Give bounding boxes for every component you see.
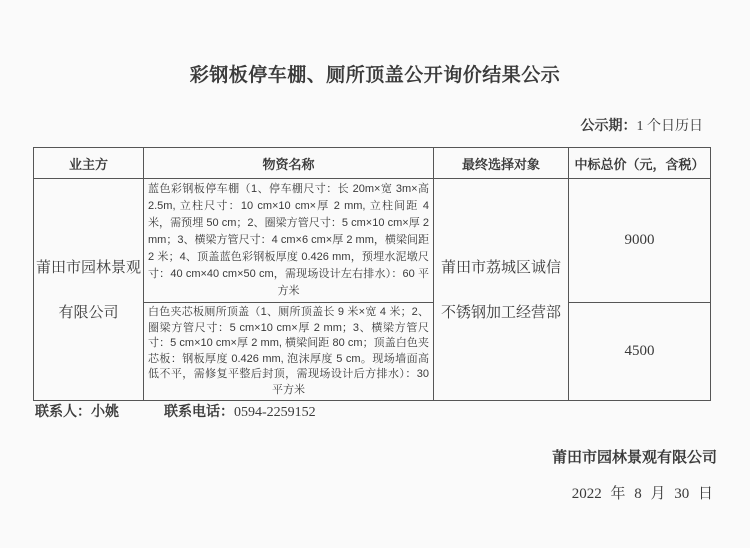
item-cell-parking-shed: 蓝色彩钢板停车棚（1、停车棚尺寸：长 20m×宽 3m×高 2.5m, 立柱尺寸… bbox=[144, 179, 434, 303]
header-winning-price: 中标总价（元，含税） bbox=[569, 148, 711, 179]
header-owner: 业主方 bbox=[34, 148, 144, 179]
price-cell-parking-shed: 9000 bbox=[569, 179, 711, 303]
phone-label: 联系电话： bbox=[164, 403, 234, 419]
owner-line-1: 莆田市园林景观 bbox=[34, 245, 143, 290]
notice-period-label: 公示期： bbox=[581, 117, 637, 133]
price-cell-toilet-roof: 4500 bbox=[569, 303, 711, 401]
table-header-row: 业主方 物资名称 最终选择对象 中标总价（元，含税） bbox=[34, 148, 711, 179]
contact-label: 联系人： bbox=[35, 403, 91, 419]
phone-number: 0594-2259152 bbox=[234, 405, 316, 420]
contact-line: 联系人：小姚联系电话：0594-2259152 bbox=[35, 401, 316, 421]
table-row-parking-shed: 莆田市园林景观 有限公司 蓝色彩钢板停车棚（1、停车棚尺寸：长 20m×宽 3m… bbox=[34, 179, 711, 303]
announcement-page: 彩钢板停车棚、厕所顶盖公开询价结果公示 公示期：1 个日历日 业主方 物资名称 … bbox=[0, 0, 750, 548]
issuing-company: 莆田市园林景观有限公司 bbox=[552, 446, 717, 467]
owner-cell: 莆田市园林景观 有限公司 bbox=[34, 179, 144, 401]
contact-name: 小姚 bbox=[91, 403, 119, 419]
owner-line-2: 有限公司 bbox=[34, 290, 143, 335]
item-cell-toilet-roof: 白色夹芯板厕所顶盖（1、厕所顶盖长 9 米×宽 4 米；2、圈梁方管尺寸：5 c… bbox=[144, 303, 434, 401]
result-table: 业主方 物资名称 最终选择对象 中标总价（元，含税） 莆田市园林景观 有限公司 … bbox=[33, 147, 711, 401]
notice-period-value: 1 个日历日 bbox=[637, 119, 704, 134]
supplier-cell: 莆田市荔城区诚信 不锈钢加工经营部 bbox=[434, 179, 569, 401]
header-selected-supplier: 最终选择对象 bbox=[434, 148, 569, 179]
supplier-line-2: 不锈钢加工经营部 bbox=[434, 290, 568, 335]
page-title: 彩钢板停车棚、厕所顶盖公开询价结果公示 bbox=[0, 60, 750, 87]
issue-date: 2022 年 8 月 30 日 bbox=[572, 482, 713, 503]
supplier-line-1: 莆田市荔城区诚信 bbox=[434, 245, 568, 290]
header-item-name: 物资名称 bbox=[144, 148, 434, 179]
notice-period: 公示期：1 个日历日 bbox=[581, 115, 704, 135]
